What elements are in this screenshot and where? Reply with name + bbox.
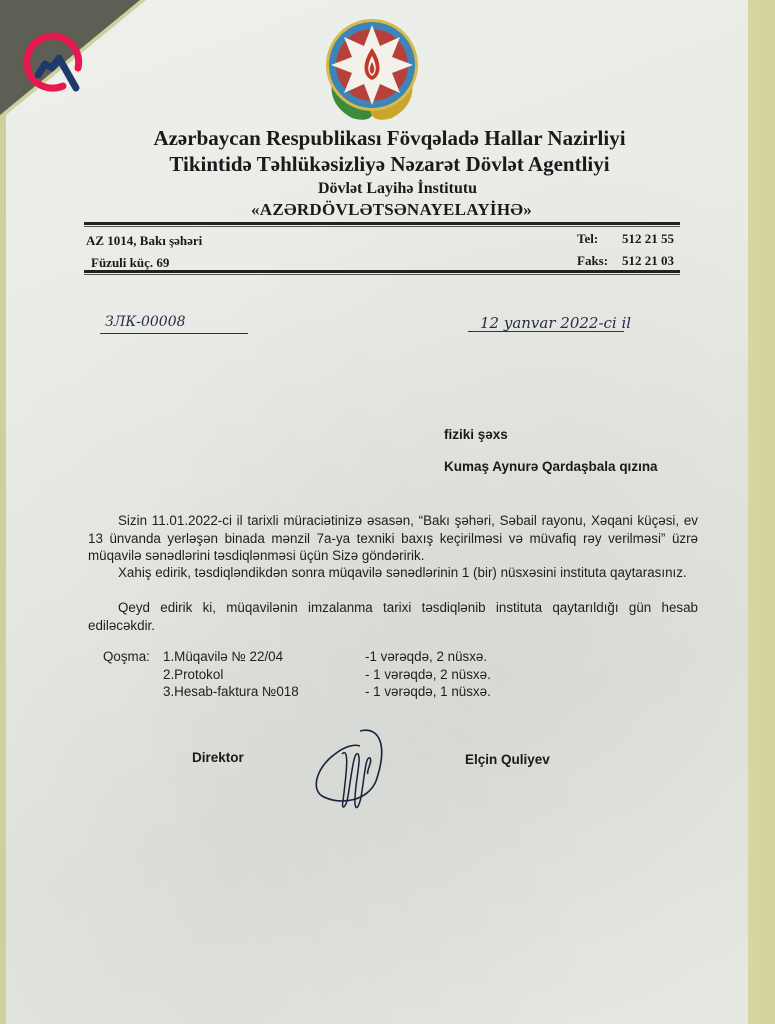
fax-label: Faks: — [577, 253, 608, 269]
fax-value: 512 21 03 — [622, 253, 674, 269]
addressee-type: fiziki şəxs — [444, 427, 508, 442]
signatory-title: Direktor — [192, 750, 244, 765]
header-divider-top-thin — [84, 226, 680, 227]
letter-date: 12 yanvar 2022-ci il — [480, 314, 631, 332]
reference-underline — [100, 333, 248, 334]
address-street: Füzuli küç. 69 — [91, 255, 169, 271]
attachment-detail: - 1 vərəqdə, 1 nüsxə. — [365, 684, 491, 699]
institute-name: Dövlət Layihə İnstitutu — [10, 180, 775, 198]
ministry-name: Azərbaycan Respublikası Fövqəladə Hallar… — [2, 126, 775, 151]
attachment-item: 1.Müqavilə № 22/04 — [163, 649, 283, 664]
paragraph-text: Qeyd edirik ki, müqavilənin imzalanma ta… — [88, 599, 698, 634]
agency-name: Tikintidə Təhlükəsizliyə Nəzarət Dövlət … — [2, 152, 775, 177]
addressee-name: Kumaş Aynurə Qardaşbala qızına — [444, 459, 658, 474]
signatory-name: Elçin Quliyev — [465, 752, 550, 767]
date-underline — [468, 331, 624, 332]
handwritten-signature-icon — [310, 726, 390, 816]
attachments-label: Qoşma: — [103, 649, 150, 664]
institute-acronym: «AZƏRDÖVLƏTSƏNAYELAYİHƏ» — [4, 200, 775, 220]
reference-number: ЗЛК-00008 — [105, 314, 186, 330]
tel-value: 512 21 55 — [622, 231, 674, 247]
azerbaijan-coat-of-arms-icon — [322, 10, 422, 125]
brand-logo-icon — [18, 20, 94, 96]
paragraph-text: Sizin 11.01.2022-ci il tarixli müraciəti… — [88, 512, 698, 565]
paragraph-text: Xahiş edirik, təsdiqləndikdən sonra müqa… — [88, 564, 698, 582]
header-divider-top — [84, 222, 680, 225]
attachment-item: 2.Protokol — [163, 667, 223, 682]
header-divider-bottom — [84, 270, 680, 273]
attachment-detail: -1 vərəqdə, 2 nüsxə. — [365, 649, 487, 664]
body-paragraph-2: Xahiş edirik, təsdiqləndikdən sonra müqa… — [88, 564, 698, 582]
attachment-item: 3.Hesab-faktura №018 — [163, 684, 299, 699]
body-paragraph-1: Sizin 11.01.2022-ci il tarixli müraciəti… — [88, 512, 698, 565]
header-divider-bottom-thin — [84, 274, 680, 275]
tel-label: Tel: — [577, 231, 598, 247]
body-paragraph-3: Qeyd edirik ki, müqavilənin imzalanma ta… — [88, 599, 698, 634]
attachment-detail: - 1 vərəqdə, 2 nüsxə. — [365, 667, 491, 682]
address-city: AZ 1014, Bakı şəhəri — [86, 233, 202, 249]
